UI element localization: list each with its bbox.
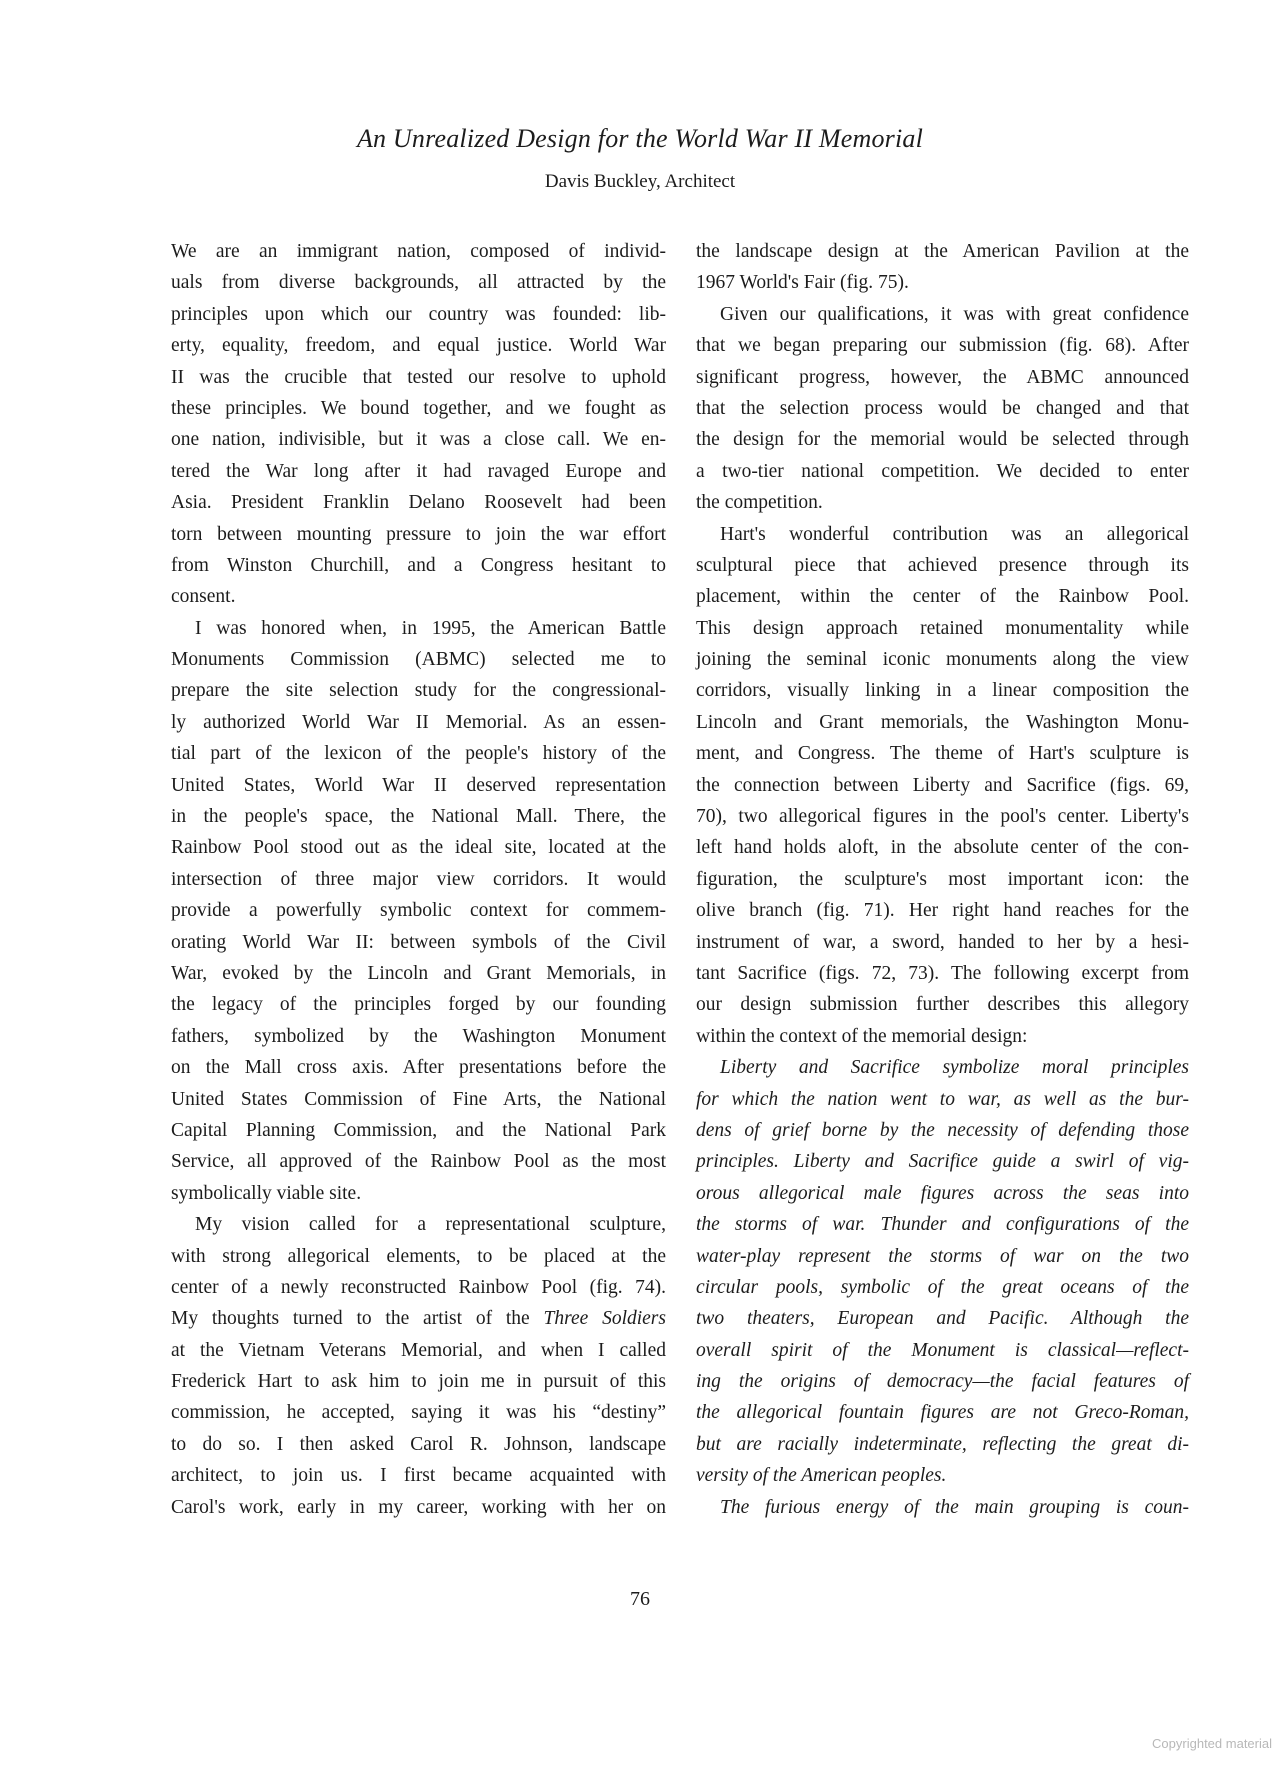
text-line: 1967 World's Fair (fig. 75).	[696, 267, 1189, 298]
text-line: dens of grief borne by the necessity of …	[696, 1115, 1189, 1146]
text-line: from Winston Churchill, and a Congress h…	[171, 550, 666, 581]
text-line: Carol's work, early in my career, workin…	[171, 1492, 666, 1523]
text-line: United States Commission of Fine Arts, t…	[171, 1084, 666, 1115]
text-line: overall spirit of the Monument is classi…	[696, 1335, 1189, 1366]
text-line: within the context of the memorial desig…	[696, 1021, 1189, 1052]
text-line: the storms of war. Thunder and configura…	[696, 1209, 1189, 1240]
text-line: The furious energy of the main grouping …	[696, 1492, 1189, 1523]
page-number: 76	[0, 1588, 1280, 1611]
text-line: United States, World War II deserved rep…	[171, 770, 666, 801]
text-line: with strong allegorical elements, to be …	[171, 1241, 666, 1272]
text-line: on the Mall cross axis. After presentati…	[171, 1052, 666, 1083]
text-line: water-play represent the storms of war o…	[696, 1241, 1189, 1272]
text-line: olive branch (fig. 71). Her right hand r…	[696, 895, 1189, 926]
text-line: ly authorized World War II Memorial. As …	[171, 707, 666, 738]
text-line: Rainbow Pool stood out as the ideal site…	[171, 832, 666, 863]
text-line: II was the crucible that tested our reso…	[171, 362, 666, 393]
copyright-watermark: Copyrighted material	[1152, 1736, 1272, 1751]
text-line: orating World War II: between symbols of…	[171, 927, 666, 958]
text-line: significant progress, however, the ABMC …	[696, 362, 1189, 393]
left-column: We are an immigrant nation, composed of …	[171, 236, 666, 1523]
text-line: tant Sacrifice (figs. 72, 73). The follo…	[696, 958, 1189, 989]
text-line: that we began preparing our submission (…	[696, 330, 1189, 361]
text-line: torn between mounting pressure to join t…	[171, 519, 666, 550]
text-line: corridors, visually linking in a linear …	[696, 675, 1189, 706]
text-line: the legacy of the principles forged by o…	[171, 989, 666, 1020]
text-line: principles. Liberty and Sacrifice guide …	[696, 1146, 1189, 1177]
text-line: left hand holds aloft, in the absolute c…	[696, 832, 1189, 863]
text-line: uals from diverse backgrounds, all attra…	[171, 267, 666, 298]
text-line: consent.	[171, 581, 666, 612]
text-line: War, evoked by the Lincoln and Grant Mem…	[171, 958, 666, 989]
text-line: circular pools, symbolic of the great oc…	[696, 1272, 1189, 1303]
right-column: the landscape design at the American Pav…	[696, 236, 1189, 1523]
text-line: the connection between Liberty and Sacri…	[696, 770, 1189, 801]
text-line: 70), two allegorical figures in the pool…	[696, 801, 1189, 832]
text-line: Liberty and Sacrifice symbolize moral pr…	[696, 1052, 1189, 1083]
text-line: principles upon which our country was fo…	[171, 299, 666, 330]
text-line: Frederick Hart to ask him to join me in …	[171, 1366, 666, 1397]
text-line: We are an immigrant nation, composed of …	[171, 236, 666, 267]
text-line: This design approach retained monumental…	[696, 613, 1189, 644]
text-line: tial part of the lexicon of the people's…	[171, 738, 666, 769]
text-line: Capital Planning Commission, and the Nat…	[171, 1115, 666, 1146]
text-line: ment, and Congress. The theme of Hart's …	[696, 738, 1189, 769]
text-line: for which the nation went to war, as wel…	[696, 1084, 1189, 1115]
text-line: fathers, symbolized by the Washington Mo…	[171, 1021, 666, 1052]
italic-work-title: Three Soldiers	[544, 1308, 666, 1329]
text-line: the competition.	[696, 487, 1189, 518]
text-line: to do so. I then asked Carol R. Johnson,…	[171, 1429, 666, 1460]
text-line: instrument of war, a sword, handed to he…	[696, 927, 1189, 958]
text-line: our design submission further describes …	[696, 989, 1189, 1020]
text-line: erty, equality, freedom, and equal justi…	[171, 330, 666, 361]
text-line: at the Vietnam Veterans Memorial, and wh…	[171, 1335, 666, 1366]
text-line: commission, he accepted, saying it was h…	[171, 1397, 666, 1428]
chapter-author: Davis Buckley, Architect	[0, 170, 1280, 194]
text-line: the design for the memorial would be sel…	[696, 424, 1189, 455]
text-line: My thoughts turned to the artist of the …	[171, 1303, 666, 1334]
text-line: in the people's space, the National Mall…	[171, 801, 666, 832]
text-line: prepare the site selection study for the…	[171, 675, 666, 706]
text-line: intersection of three major view corrido…	[171, 864, 666, 895]
text-line: Hart's wonderful contribution was an all…	[696, 519, 1189, 550]
text-line: versity of the American peoples.	[696, 1460, 1189, 1491]
text-line: joining the seminal iconic monuments alo…	[696, 644, 1189, 675]
book-page: An Unrealized Design for the World War I…	[0, 0, 1280, 1770]
text-line: sculptural piece that achieved presence …	[696, 550, 1189, 581]
text-line: Monuments Commission (ABMC) selected me …	[171, 644, 666, 675]
text-line: the allegorical fountain figures are not…	[696, 1397, 1189, 1428]
text-line: the landscape design at the American Pav…	[696, 236, 1189, 267]
text-line: tered the War long after it had ravaged …	[171, 456, 666, 487]
text-line: Service, all approved of the Rainbow Poo…	[171, 1146, 666, 1177]
text-line: Given our qualifications, it was with gr…	[696, 299, 1189, 330]
text-line: that the selection process would be chan…	[696, 393, 1189, 424]
text-line: orous allegorical male figures across th…	[696, 1178, 1189, 1209]
chapter-title: An Unrealized Design for the World War I…	[0, 124, 1280, 154]
text-line: My vision called for a representational …	[171, 1209, 666, 1240]
text-line: Lincoln and Grant memorials, the Washing…	[696, 707, 1189, 738]
text-line: Asia. President Franklin Delano Roosevel…	[171, 487, 666, 518]
text-line: these principles. We bound together, and…	[171, 393, 666, 424]
text-line: figuration, the sculpture's most importa…	[696, 864, 1189, 895]
text-line: placement, within the center of the Rain…	[696, 581, 1189, 612]
text-line: ing the origins of democracy—the facial …	[696, 1366, 1189, 1397]
text-line: symbolically viable site.	[171, 1178, 666, 1209]
text-line: a two-tier national competition. We deci…	[696, 456, 1189, 487]
text-line: I was honored when, in 1995, the America…	[171, 613, 666, 644]
text-line: architect, to join us. I first became ac…	[171, 1460, 666, 1491]
text-line: provide a powerfully symbolic context fo…	[171, 895, 666, 926]
text-line: center of a newly reconstructed Rainbow …	[171, 1272, 666, 1303]
text-line: but are racially indeterminate, reflecti…	[696, 1429, 1189, 1460]
text-line: one nation, indivisible, but it was a cl…	[171, 424, 666, 455]
text-line: two theaters, European and Pacific. Alth…	[696, 1303, 1189, 1334]
